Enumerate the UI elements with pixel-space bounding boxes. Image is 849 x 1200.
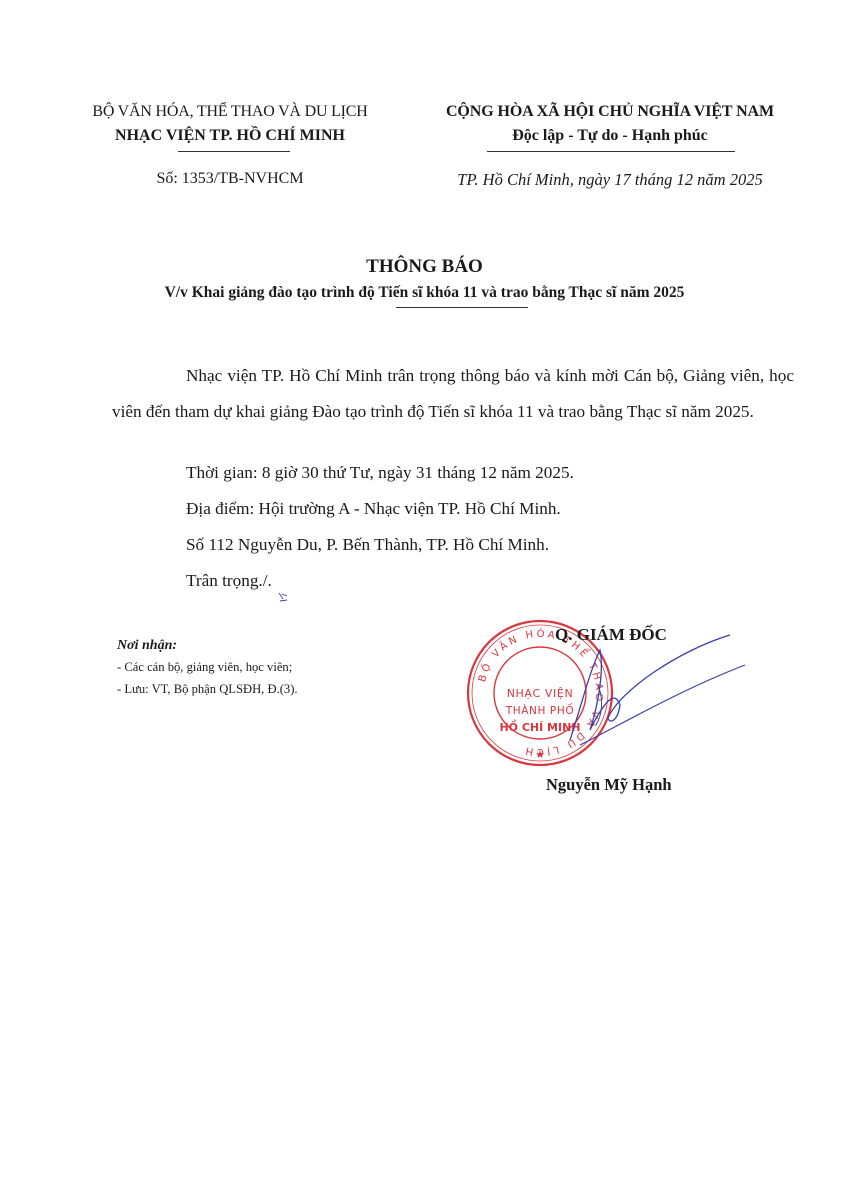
handwritten-signature-icon (560, 630, 750, 750)
ministry-name: BỘ VĂN HÓA, THỂ THAO VÀ DU LỊCH (80, 103, 380, 121)
motto-underline (487, 151, 735, 152)
body-paragraph: Nhạc viện TP. Hồ Chí Minh trân trọng thô… (112, 358, 794, 430)
recipients-heading: Nơi nhận: (117, 638, 177, 654)
subject-underline (396, 307, 528, 308)
place-date: TP. Hồ Chí Minh, ngày 17 tháng 12 năm 20… (418, 170, 802, 190)
document-title: THÔNG BÁO (0, 256, 849, 278)
document-subject: V/v Khai giảng đào tạo trình độ Tiến sĩ … (0, 284, 849, 302)
signer-name: Nguyễn Mỹ Hạnh (546, 775, 672, 795)
initial-mark-icon (276, 590, 290, 604)
organization-name: NHẠC VIỆN TP. HỒ CHÍ MINH (80, 127, 380, 145)
event-venue: Địa điểm: Hội trường A - Nhạc viện TP. H… (186, 499, 561, 519)
recipient-item: - Các cán bộ, giảng viên, học viên; (117, 660, 292, 675)
recipient-item: - Lưu: VT, Bộ phận QLSĐH, Đ.(3). (117, 682, 298, 697)
document-number: Số: 1353/TB-NVHCM (80, 170, 380, 188)
organization-underline (178, 151, 290, 152)
svg-text:★: ★ (535, 748, 545, 761)
event-address: Số 112 Nguyễn Du, P. Bến Thành, TP. Hồ C… (186, 535, 549, 555)
event-time: Thời gian: 8 giờ 30 thứ Tư, ngày 31 thán… (186, 463, 574, 483)
closing-line: Trân trọng./. (186, 571, 272, 591)
country-name: CỘNG HÒA XÃ HỘI CHỦ NGHĨA VIỆT NAM (418, 103, 802, 121)
national-motto: Độc lập - Tự do - Hạnh phúc (418, 127, 802, 145)
